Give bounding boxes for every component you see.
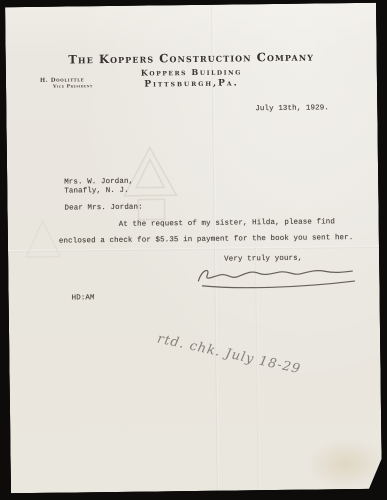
officer-title: Vice President (53, 84, 93, 89)
typist-initials: HD:AM (72, 294, 95, 303)
recipient-address: Mrs. W. Jordan,Tanafly, N. J. (64, 178, 133, 196)
letter-paper: The Koppers Construction Company Koppers… (5, 3, 382, 493)
recipient-line-2: Tanafly, N. J. (64, 186, 129, 195)
recipient-line-1: Mrs. W. Jordan, (64, 178, 133, 187)
body-line-1: At the request of my sister, Hilda, plea… (119, 218, 335, 229)
paper-stain (305, 438, 386, 491)
salutation: Dear Mrs. Jordan: (64, 204, 142, 213)
scanned-letter-photo: { "letterhead": { "company": "The Kopper… (0, 0, 387, 500)
handwritten-signature-icon (194, 261, 362, 295)
date-line: July 13th, 1929. (255, 104, 329, 113)
officer-block: H. Doolittle Vice President (40, 77, 93, 89)
body-line-2: enclosed a check for $5.35 in payment fo… (59, 234, 354, 246)
handwritten-note: rtd. chk. July 18-29 (156, 331, 364, 390)
